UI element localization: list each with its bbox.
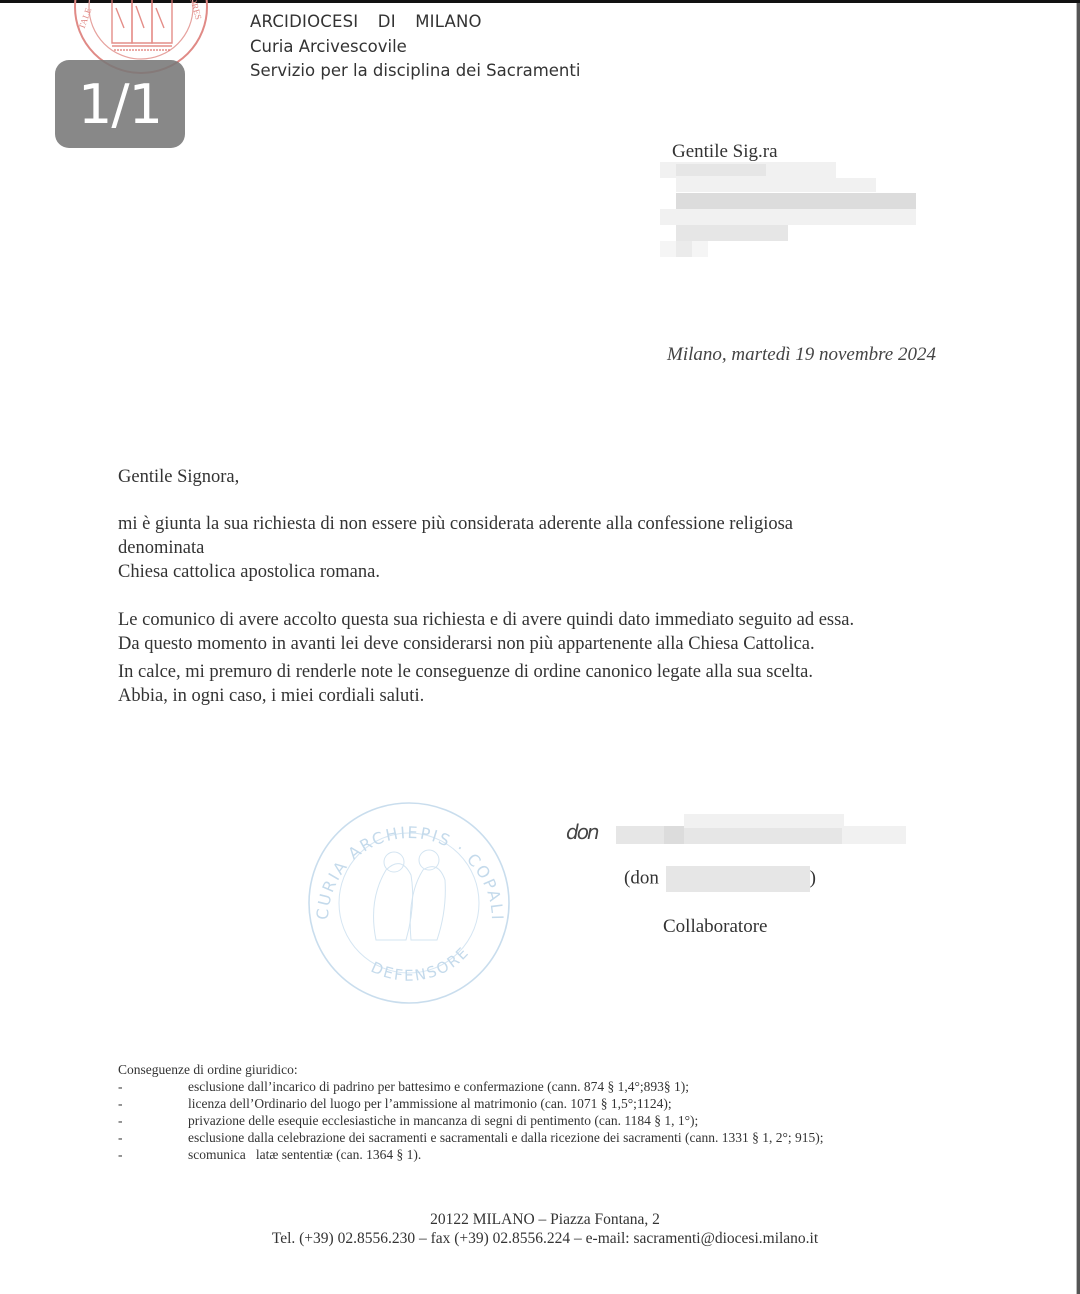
legal-consequences-list: Conseguenze di ordine giuridico: -esclus… (118, 1061, 824, 1163)
svg-text:CURIA ARCHIEPIS · COPALIS MEDI: CURIA ARCHIEPIS · COPALIS MEDIOLANI (306, 800, 507, 922)
handwritten-signature: don (566, 820, 598, 844)
list-item: -esclusione dalla celebrazione dei sacra… (118, 1129, 824, 1146)
paragraph-line: mi è giunta la sua richiesta di non esse… (118, 512, 793, 536)
letter-date: Milano, martedì 19 novembre 2024 (667, 344, 936, 366)
list-item: -licenza dell’Ordinario del luogo per l’… (118, 1095, 824, 1112)
svg-text:ORES: ORES (188, 0, 204, 21)
list-item: -scomunica latæ sententiæ (can. 1364 § 1… (118, 1146, 824, 1163)
paragraph-line: Da questo momento in avanti lei deve con… (118, 632, 854, 656)
letter-salutation: Gentile Signora, (118, 465, 239, 489)
paragraph-line: denominata (118, 536, 793, 560)
recipient-salutation-line: Gentile Sig.ra (672, 141, 778, 163)
signer-name-redacted (666, 866, 810, 892)
list-item: -esclusione dall’incarico di padrino per… (118, 1078, 824, 1095)
footer-address: 20122 MILANO – Piazza Fontana, 2 (0, 1210, 1080, 1229)
signer-printed-name: (don ) (624, 866, 816, 892)
letterhead-department: Curia Arcivescovile (250, 35, 580, 60)
letterhead-organization: ARCIDIOCESI DI MILANO (250, 10, 580, 35)
footer-contacts: Tel. (+39) 02.8556.230 – fax (+39) 02.85… (0, 1229, 1080, 1248)
scan-right-border-shadow (1076, 3, 1077, 1294)
paragraph-line: Abbia, in ogni caso, i miei cordiali sal… (118, 684, 813, 708)
letterhead-service: Servizio per la disciplina dei Sacrament… (250, 59, 580, 84)
letter-paragraph-3: In calce, mi premuro di renderle note le… (118, 660, 813, 708)
paragraph-line: In calce, mi premuro di renderle note le… (118, 660, 813, 684)
page-indicator-badge: 1/1 (55, 60, 185, 148)
letterhead: ARCIDIOCESI DI MILANO Curia Arcivescovil… (250, 10, 580, 84)
svg-text:TALE: TALE (76, 6, 93, 31)
curia-stamp-icon: CURIA ARCHIEPIS · COPALIS MEDIOLANI DEFE… (306, 800, 512, 1006)
letter-paragraph-2: Le comunico di avere accolto questa sua … (118, 608, 854, 656)
signer-role: Collaboratore (663, 916, 767, 938)
letter-paragraph-1: mi è giunta la sua richiesta di non esse… (118, 512, 793, 584)
paragraph-line: Le comunico di avere accolto questa sua … (118, 608, 854, 632)
list-item: -privazione delle esequie ecclesiastiche… (118, 1112, 824, 1129)
paragraph-line: Chiesa cattolica apostolica romana. (118, 560, 793, 584)
consequences-title: Conseguenze di ordine giuridico: (118, 1061, 824, 1078)
